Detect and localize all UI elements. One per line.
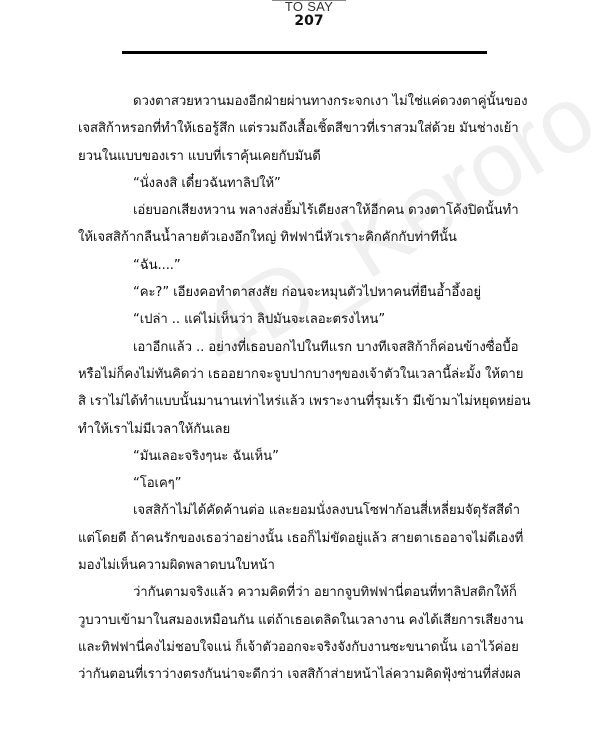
header-title: TO SAY	[272, 0, 346, 13]
text-line: สิ เราไม่ได้ทำแบบนั้นมานานเท่าไหร่แล้ว เ…	[78, 388, 598, 415]
text-line: ว่ากันตามจริงแล้ว ความคิดที่ว่า อยากจูบท…	[78, 579, 598, 606]
page-number: 207	[272, 13, 346, 29]
text-line: เอ่ยบอกเสียงหวาน พลางส่งยิ้มไร้เดียงสาให…	[78, 197, 598, 224]
text-line: แต่โดยดี ถ้าคนรักของเธอว่าอย่างนั้น เธอก…	[78, 525, 598, 552]
text-line: ดวงตาสวยหวานมองอีกฝ่ายผ่านทางกระจกเงา ไม…	[78, 88, 598, 115]
text-line: “ฉัน....”	[78, 252, 598, 279]
text-line: ทำให้เราไม่มีเวลาให้กันเลย	[78, 416, 598, 443]
text-line: “โอเคๆ”	[78, 470, 598, 497]
text-line: วูบวาบเข้ามาในสมองเหมือนกัน แต่ถ้าเธอเตล…	[78, 607, 598, 634]
text-line: เจสสิก้าหรอกที่ทำให้เธอรู้สึก แต่รวมถึงเ…	[78, 115, 598, 142]
text-line: “เปล่า .. แค่ไม่เห็นว่า ลิปมันจะเลอะตรงไ…	[78, 306, 598, 333]
text-line: “นั่งลงสิ เดี๋ยวฉันทาลิปให้”	[78, 170, 598, 197]
header-rule	[122, 51, 487, 54]
text-line: เจสสิก้าไม่ได้คัดค้านต่อ และยอมนั่งลงบนโ…	[78, 497, 598, 524]
body-text: ดวงตาสวยหวานมองอีกฝ่ายผ่านทางกระจกเงา ไม…	[78, 88, 598, 689]
text-line: ให้เจสสิก้ากลืนน้ำลายตัวเองอึกใหญ่ ทิฟฟา…	[78, 224, 598, 251]
text-line: มองไม่เห็นความผิดพลาดบนใบหน้า	[78, 552, 598, 579]
text-line: เอาอีกแล้ว .. อย่างที่เธอบอกไปในทีแรก บา…	[78, 334, 598, 361]
text-line: “คะ?” เอียงคอทำตาสงสัย ก่อนจะหมุนตัวไปหา…	[78, 279, 598, 306]
text-line: ว่ากันตอนที่เราว่างตรงกันน่าจะดีกว่า เจส…	[78, 661, 598, 688]
text-line: “มันเลอะจริงๆนะ ฉันเห็น”	[78, 443, 598, 470]
text-line: ยวนในแบบของเรา แบบที่เราคุ้นเคยกับมันดี	[78, 143, 598, 170]
text-line: หรือไม่ก็คงไม่ทันคิดว่า เธออยากจะจูบปากบ…	[78, 361, 598, 388]
text-line: และทิฟฟานี่คงไม่ชอบใจแน่ ก็เจ้าตัวออกจะจ…	[78, 634, 598, 661]
